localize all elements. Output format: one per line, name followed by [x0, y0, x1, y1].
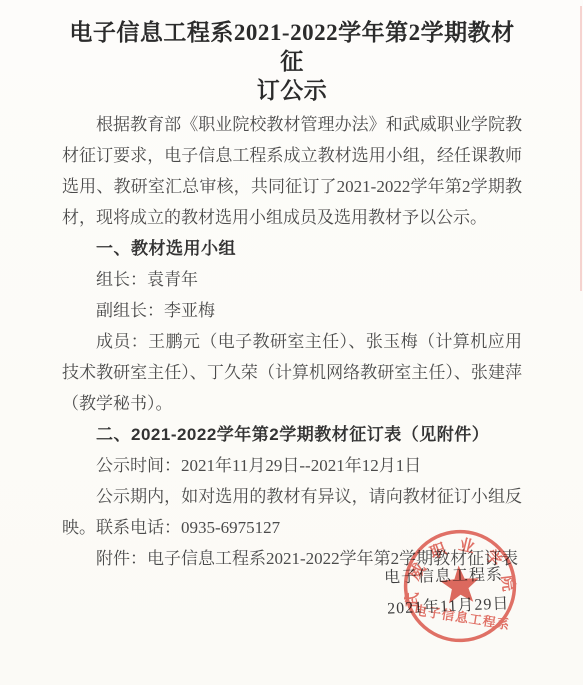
- signature-department: 电子信息工程系: [384, 561, 504, 587]
- members-paragraph: 成员：王鹏元（电子教研室主任）、张玉梅（计算机应用技术教研室主任）、丁久荣（计算…: [62, 326, 522, 419]
- intro-paragraph: 根据教育部《职业院校教材管理办法》和武威职业学院教材征订要求，电子信息工程系成立…: [62, 109, 522, 233]
- objection-paragraph: 公示期内，如对选用的教材有异议，请向教材征订小组反映。联系电话：0935-697…: [62, 481, 522, 543]
- deputy-leader-line: 副组长：李亚梅: [62, 295, 522, 326]
- document-page: 电子信息工程系2021-2022学年第2学期教材征 订公示 根据教育部《职业院校…: [0, 0, 583, 685]
- title-line-1: 电子信息工程系2021-2022学年第2学期教材征: [62, 18, 522, 76]
- leader-line: 组长：袁青年: [62, 264, 522, 295]
- signature-date: 2021年11月29日: [387, 590, 510, 618]
- publicity-period-line: 公示时间：2021年11月29日--2021年12月1日: [62, 450, 522, 481]
- section2-heading: 二、2021-2022学年第2学期教材征订表（见附件）: [62, 419, 522, 450]
- page-title: 电子信息工程系2021-2022学年第2学期教材征 订公示: [62, 18, 522, 105]
- section1-heading: 一、教材选用小组: [62, 233, 522, 264]
- scan-edge-artifact: [580, 6, 582, 291]
- title-line-2: 订公示: [62, 76, 522, 105]
